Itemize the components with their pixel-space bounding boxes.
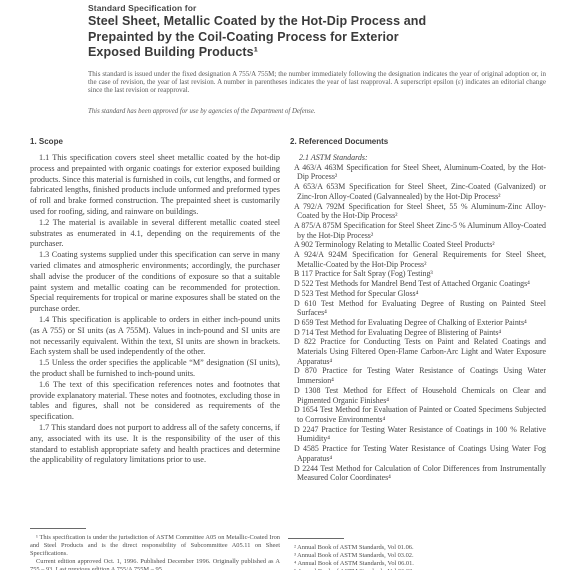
scope-paragraph: 1.3 Coating systems supplied under this …	[30, 250, 280, 315]
title-block: Standard Specification for Steel Sheet, …	[88, 3, 550, 61]
reference-item: A 924/A 924M Specification for General R…	[290, 250, 546, 269]
references-heading: 2. Referenced Documents	[290, 136, 546, 148]
reference-item: D 1308 Test Method for Effect of Househo…	[290, 386, 546, 405]
reference-item: D 1654 Test Method for Evaluation of Pai…	[290, 405, 546, 424]
document-title-line-1: Steel Sheet, Metallic Coated by the Hot-…	[88, 14, 550, 30]
reference-item: A 463/A 463M Specification for Steel She…	[290, 163, 546, 182]
document-title-line-2: Prepainted by the Coil-Coating Process f…	[88, 30, 550, 46]
scope-heading: 1. Scope	[30, 136, 280, 148]
footnote: ² Annual Book of ASTM Standards, Vol 01.…	[288, 544, 544, 552]
footnote: ¹ This specification is under the jurisd…	[30, 534, 280, 558]
reference-item: D 2247 Practice for Testing Water Resist…	[290, 425, 546, 444]
reference-item: B 117 Practice for Salt Spray (Fog) Test…	[290, 269, 546, 279]
designation-preamble: This standard is issued under the fixed …	[88, 70, 546, 95]
document-title-line-3: Exposed Building Products¹	[88, 45, 550, 61]
footnote-rule	[30, 528, 86, 529]
scope-paragraph: 1.4 This specification is applicable to …	[30, 315, 280, 358]
reference-item: D 610 Test Method for Evaluating Degree …	[290, 299, 546, 318]
astm-standards-subheading: 2.1 ASTM Standards:	[290, 153, 546, 163]
dod-approval-note: This standard has been approved for use …	[88, 108, 546, 115]
reference-item: D 523 Test Method for Specular Gloss⁴	[290, 289, 546, 299]
reference-item: D 522 Test Methods for Mandrel Bend Test…	[290, 279, 546, 289]
two-column-body: 1. Scope 1.1 This specification covers s…	[30, 136, 546, 536]
left-column-scope: 1. Scope 1.1 This specification covers s…	[30, 136, 280, 526]
scanned-document-page: Standard Specification for Steel Sheet, …	[0, 0, 570, 570]
footnote: ⁴ Annual Book of ASTM Standards, Vol 06.…	[288, 560, 544, 568]
scope-paragraph: 1.5 Unless the order specifies the appli…	[30, 358, 280, 380]
title-kicker: Standard Specification for	[88, 3, 550, 14]
right-footnote-block: ² Annual Book of ASTM Standards, Vol 01.…	[288, 538, 544, 570]
reference-item: D 714 Test Method for Evaluating Degree …	[290, 328, 546, 338]
scope-paragraph: 1.1 This specification covers steel shee…	[30, 153, 280, 218]
left-footnote-block: ¹ This specification is under the jurisd…	[30, 528, 280, 570]
reference-item: D 4585 Practice for Testing Water Resist…	[290, 444, 546, 463]
footnote-rule	[288, 538, 344, 539]
reference-item: A 875/A 875M Specification for Steel She…	[290, 221, 546, 240]
scope-paragraph: 1.2 The material is available in several…	[30, 218, 280, 250]
reference-item: D 659 Test Method for Evaluating Degree …	[290, 318, 546, 328]
reference-item: A 792/A 792M Specification for Steel She…	[290, 202, 546, 221]
footnote: ³ Annual Book of ASTM Standards, Vol 03.…	[288, 552, 544, 560]
scope-paragraph: 1.7 This standard does not purport to ad…	[30, 423, 280, 466]
scope-paragraph: 1.6 The text of this specification refer…	[30, 380, 280, 423]
reference-item: A 902 Terminology Relating to Metallic C…	[290, 240, 546, 250]
footnote: Current edition approved Oct. 1, 1996. P…	[30, 558, 280, 570]
reference-item: D 870 Practice for Testing Water Resista…	[290, 366, 546, 385]
reference-item: D 2244 Test Method for Calculation of Co…	[290, 464, 546, 483]
right-column-references: 2. Referenced Documents 2.1 ASTM Standar…	[290, 136, 546, 536]
reference-item: A 653/A 653M Specification for Steel She…	[290, 182, 546, 201]
reference-item: D 822 Practice for Conducting Tests on P…	[290, 337, 546, 366]
